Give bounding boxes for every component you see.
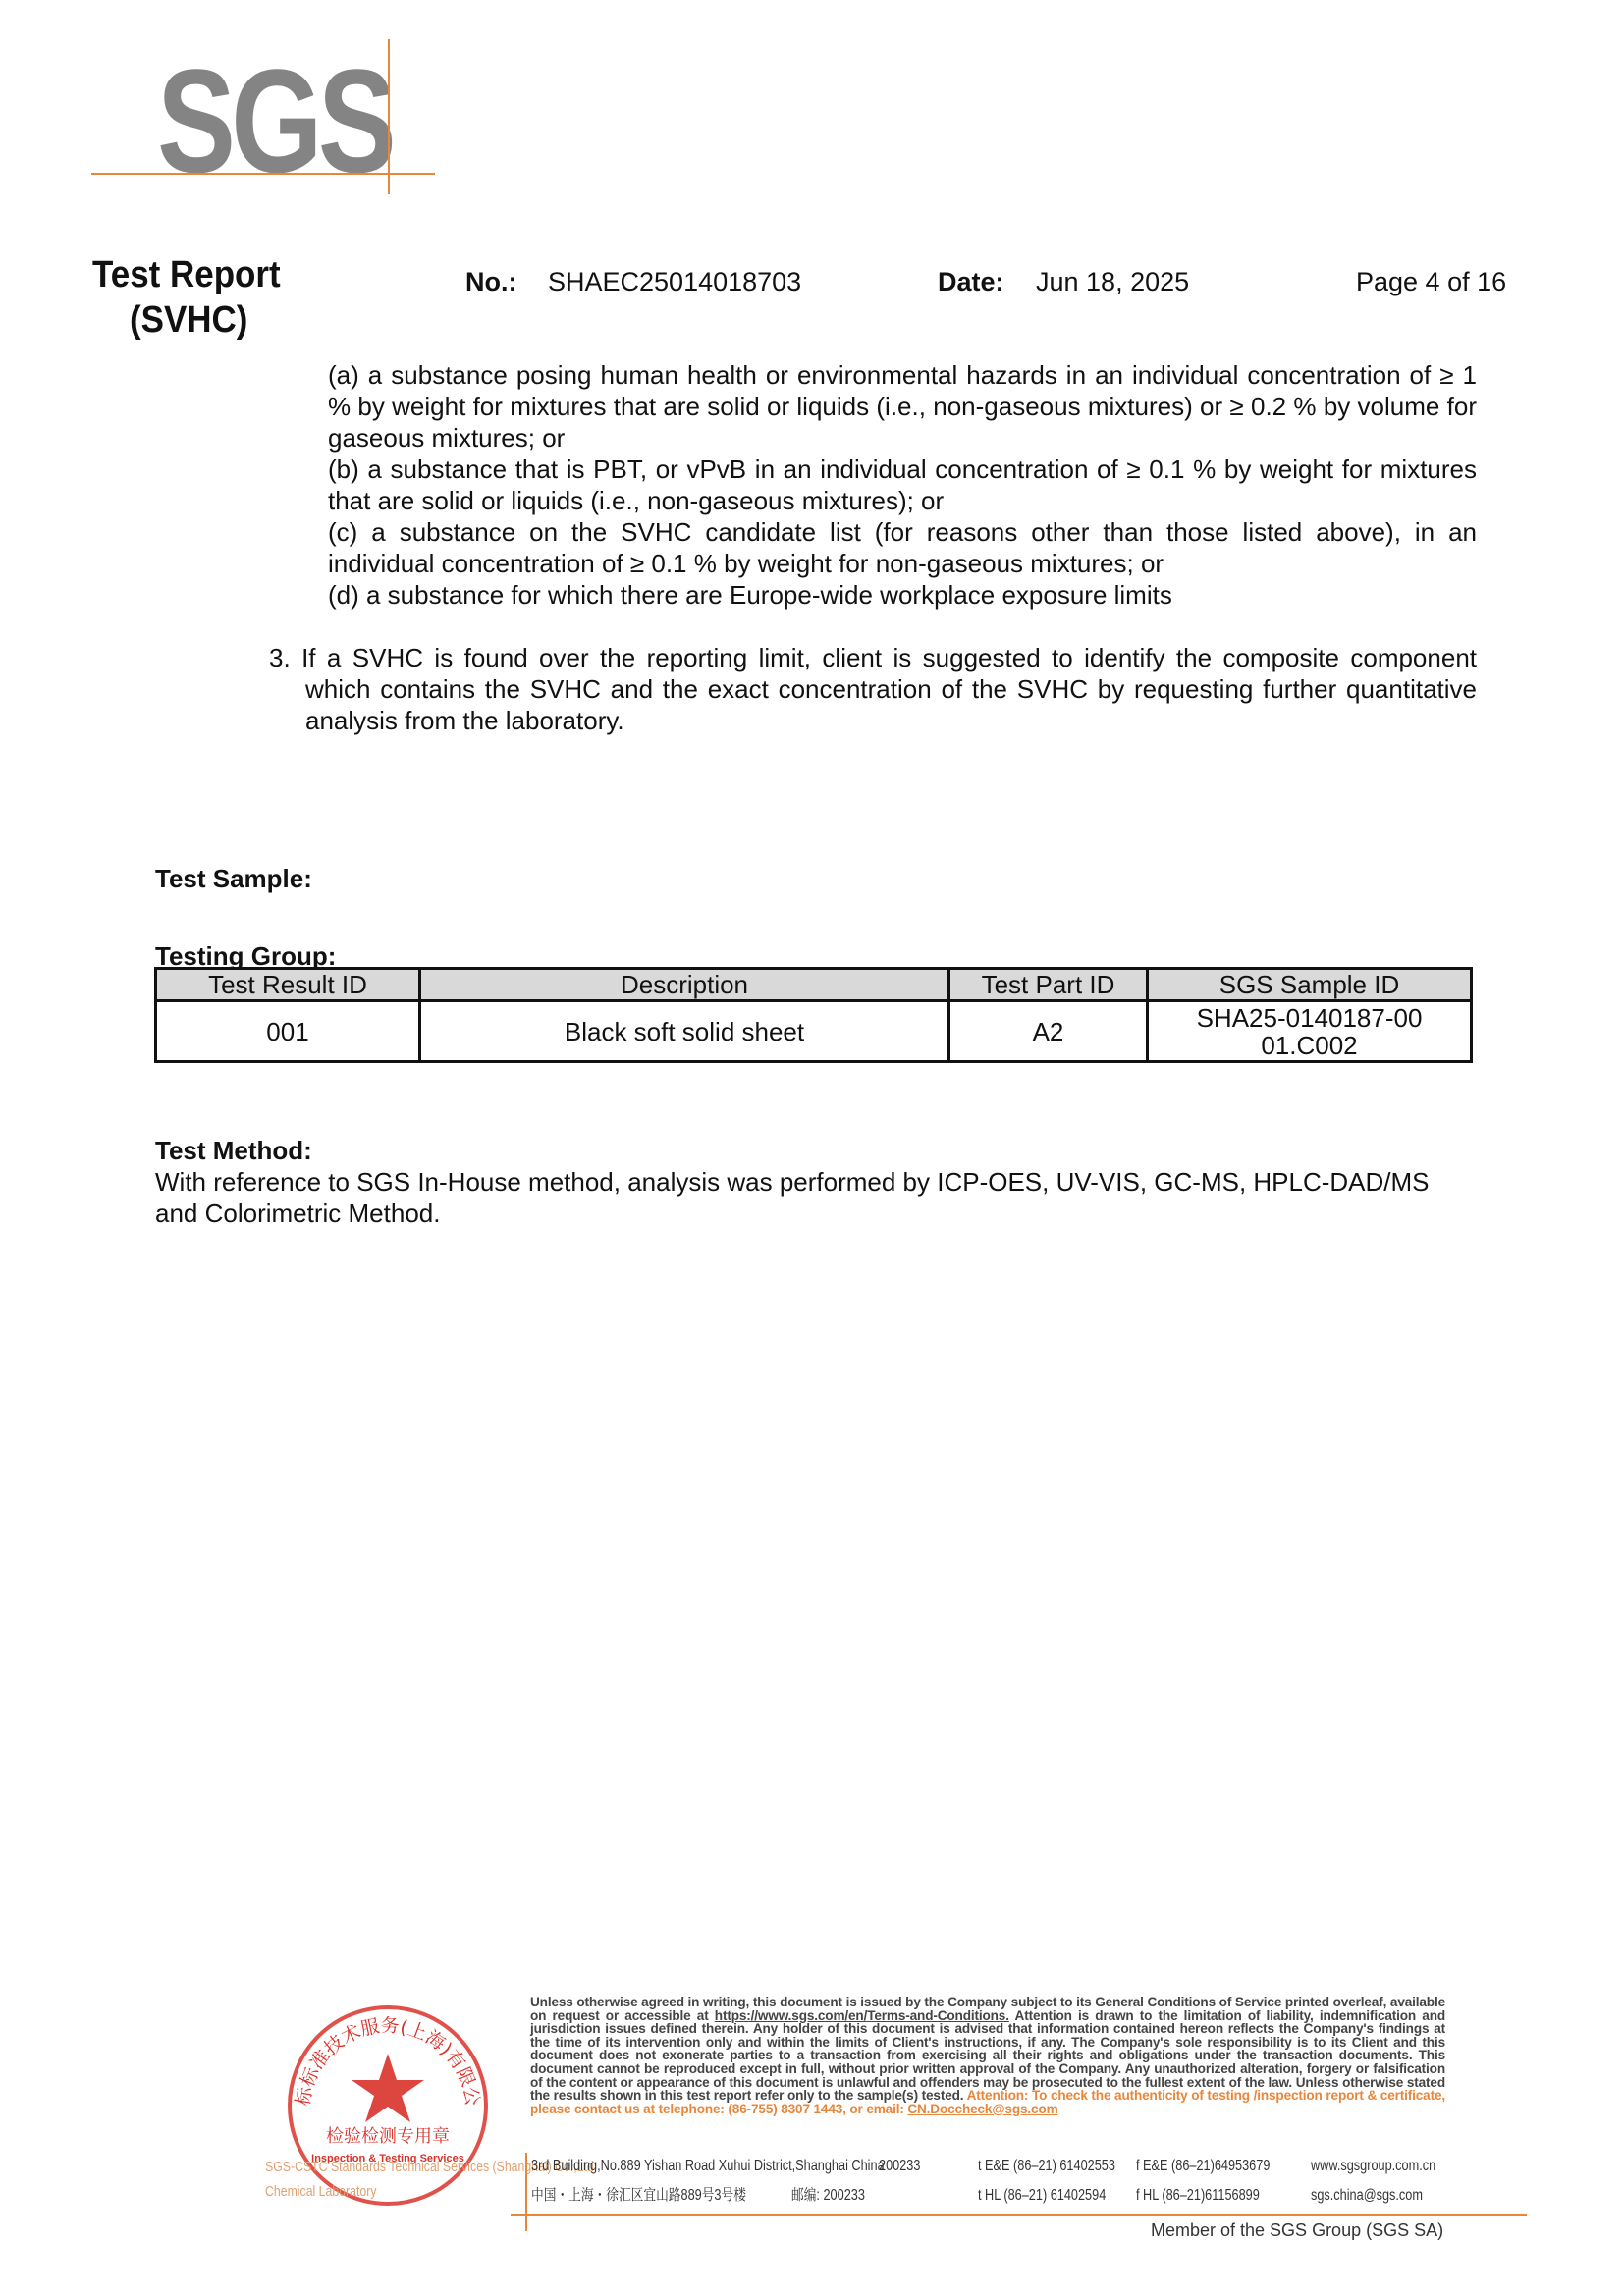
cell-test-part-id: A2 [949,1001,1148,1062]
website[interactable]: www.sgsgroup.com.cn [1311,2152,1435,2181]
test-method-heading: Test Method: [155,1135,312,1166]
cell-sgs-sample-id: SHA25-0140187-0001.C002 [1148,1001,1472,1062]
sgs-group-membership: Member of the SGS Group (SGS SA) [1151,2220,1443,2241]
postcode-cn: 邮编: 200233 [791,2181,865,2211]
report-subtitle: (SVHC) [130,298,247,342]
svg-text:检验检测专用章: 检验检测专用章 [326,2126,450,2147]
column-header-sgs-sample-id: SGS Sample ID [1148,969,1472,1001]
tel-hl: t HL (86–21) 61402594 [978,2181,1106,2211]
criteria-list: (a) a substance posing human health or e… [328,359,1477,611]
testing-group-table: Test Result ID Description Test Part ID … [154,967,1473,1063]
footer-vertical-rule [525,2153,527,2231]
contact-email[interactable]: sgs.china@sgs.com [1311,2181,1423,2211]
column-header-description: Description [420,969,949,1001]
criterion-c: (c) a substance on the SVHC candidate li… [328,516,1477,579]
logo-vertical-rule [388,39,390,194]
table-header-row: Test Result ID Description Test Part ID … [156,969,1472,1001]
logo-horizontal-rule [91,173,435,175]
tel-ee: t E&E (86–21) 61402553 [978,2152,1115,2181]
footer-horizontal-rule [511,2214,1527,2216]
criterion-a: (a) a substance posing human health or e… [328,359,1477,454]
criterion-d: (d) a substance for which there are Euro… [328,579,1477,611]
criterion-b: (b) a substance that is PBT, or vPvB in … [328,454,1477,516]
column-header-test-part-id: Test Part ID [949,969,1148,1001]
test-sample-heading: Test Sample: [155,863,312,894]
fax-ee: f E&E (86–21)64953679 [1136,2152,1270,2181]
lab-department: Chemical Laboratory [265,2181,376,2203]
report-number-label: No.: [465,267,516,297]
fax-hl: f HL (86–21)61156899 [1136,2181,1260,2211]
report-title: Test Report [92,253,281,296]
page-indicator: Page 4 of 16 [1356,267,1506,297]
address-cn: 中国・上海・徐汇区宜山路889号3号楼 [531,2181,746,2211]
address-en: 3rd Building,No.889 Yishan Road Xuhui Di… [531,2152,885,2181]
test-method-text: With reference to SGS In-House method, a… [155,1166,1432,1229]
column-header-test-result-id: Test Result ID [156,969,420,1001]
note-3: 3. If a SVHC is found over the reporting… [269,642,1477,736]
table-row: 001 Black soft solid sheet A2 SHA25-0140… [156,1001,1472,1062]
cell-test-result-id: 001 [156,1001,420,1062]
date-label: Date: [938,267,1004,297]
cell-description: Black soft solid sheet [420,1001,949,1062]
report-number: SHAEC25014018703 [548,267,801,297]
legal-disclaimer: Unless otherwise agreed in writing, this… [530,1996,1445,2115]
doccheck-email-link[interactable]: CN.Doccheck@sgs.com [907,2102,1057,2116]
postcode-en: 200233 [879,2152,920,2181]
report-date: Jun 18, 2025 [1036,267,1189,297]
